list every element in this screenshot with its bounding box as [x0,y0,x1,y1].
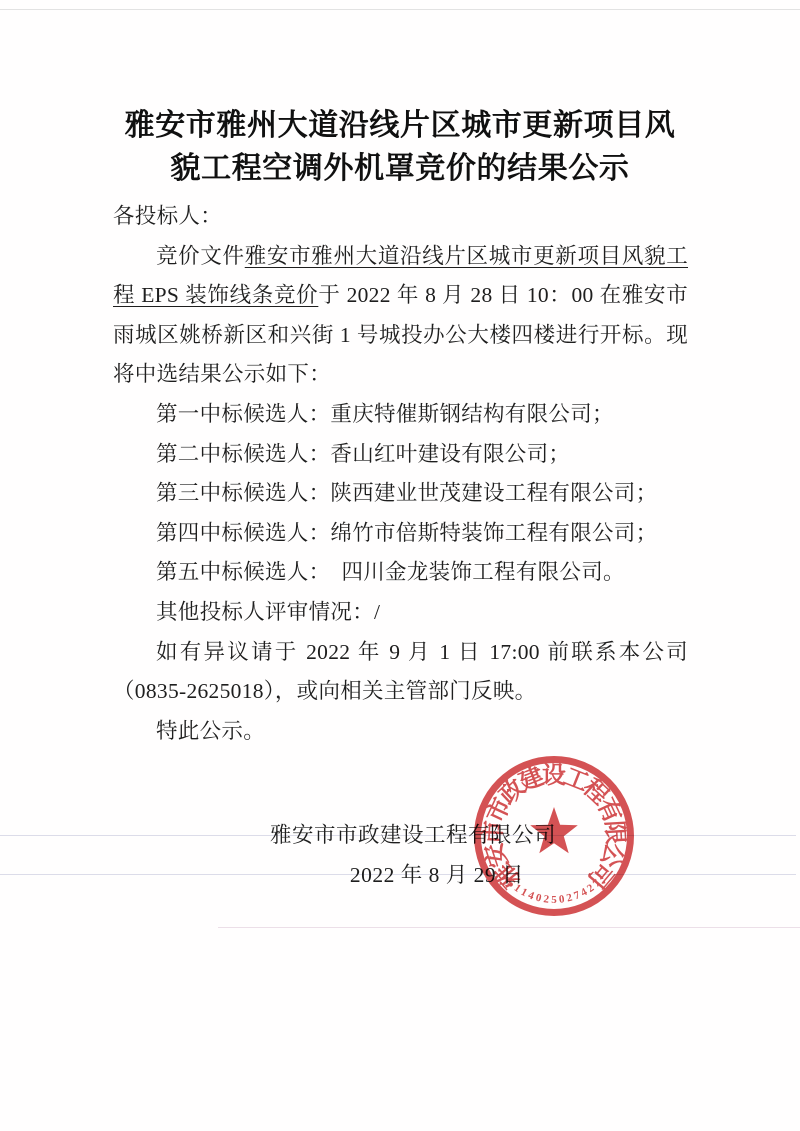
winner-row-3: 第三中标候选人：陕西建业世茂建设工程有限公司； [113,474,688,514]
winner-label: 第四中标候选人： [156,521,330,545]
seal-star-icon [530,807,578,853]
svg-text:0: 0 [558,893,565,906]
winner-row-1: 第一中标候选人：重庆特催斯钢结构有限公司； [113,395,688,435]
winner-label: 第五中标候选人： [156,560,320,584]
scan-artifact-top-edge [0,9,800,10]
company-seal: 雅安市市政建设工程有限公司 5114025027427 [464,746,644,926]
winner-label: 第三中标候选人： [156,481,330,505]
signature-date: 2022 年 8 月 29 日 [113,856,524,896]
winner-row-2: 第二中标候选人：香山红叶建设有限公司； [113,435,688,475]
scan-artifact-line-3 [218,927,800,928]
winner-row-4: 第四中标候选人：绵竹市倍斯特装饰工程有限公司； [113,514,688,554]
other-bidders-line: 其他投标人评审情况：/ [113,593,688,633]
winner-company: 香山红叶建设有限公司； [330,442,570,466]
winner-company: 陕西建业世茂建设工程有限公司； [330,481,657,505]
salutation-line: 各投标人： [113,197,688,237]
svg-text:2: 2 [543,893,550,906]
svg-text:5: 5 [551,894,557,906]
opening-prefix: 竞价文件 [156,244,245,268]
winner-label: 第一中标候选人： [156,402,330,426]
winner-company: 四川金龙装饰工程有限公司。 [320,560,625,584]
svg-text:0: 0 [534,892,543,905]
objection-paragraph: 如有异议请于 2022 年 9 月 1 日 17:00 前联系本公司（0835-… [113,633,688,712]
document-title: 雅安市雅州大道沿线片区城市更新项目风貌工程空调外机罩竞价的结果公示 [119,104,681,190]
winner-row-5: 第五中标候选人： 四川金龙装饰工程有限公司。 [113,553,688,593]
scanned-document-page: 雅安市雅州大道沿线片区城市更新项目风貌工程空调外机罩竞价的结果公示 各投标人： … [0,0,800,1131]
opening-paragraph: 竞价文件雅安市雅州大道沿线片区城市更新项目风貌工程 EPS 装饰线条竞价于 20… [113,237,688,395]
winner-label: 第二中标候选人： [156,442,330,466]
winner-company: 重庆特催斯钢结构有限公司； [330,402,613,426]
winner-company: 绵竹市倍斯特装饰工程有限公司； [330,521,657,545]
